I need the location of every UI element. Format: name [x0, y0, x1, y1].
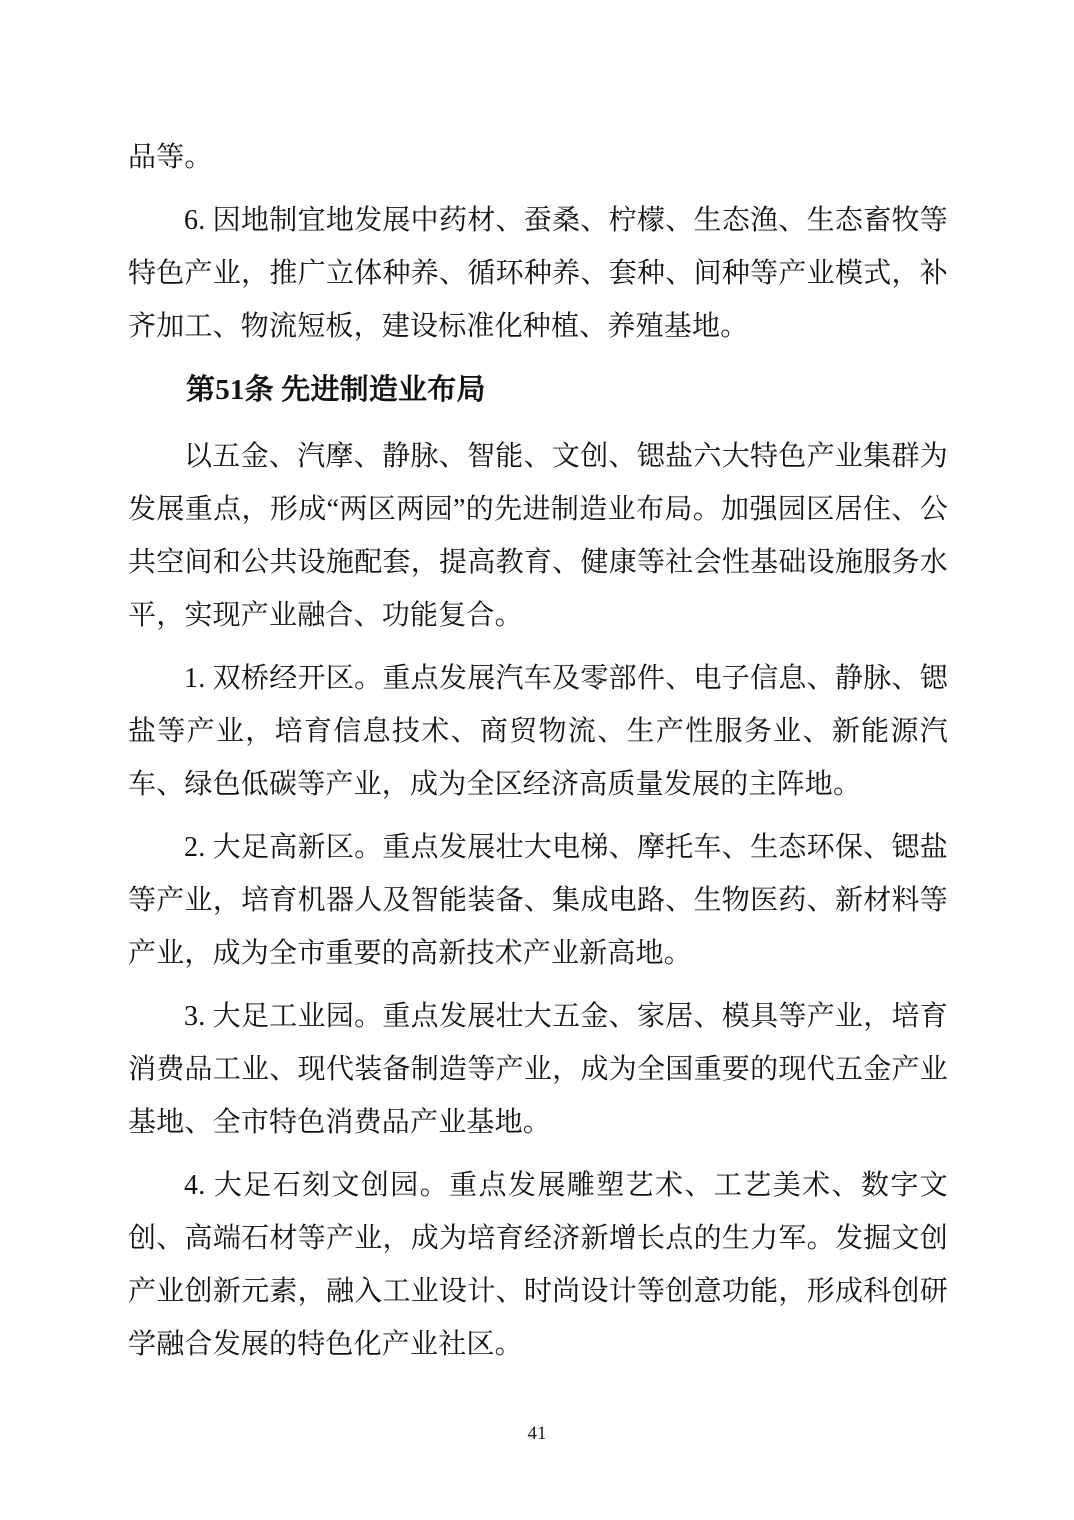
page-number: 41: [528, 1423, 547, 1444]
paragraph-item-4: 4. 大足石刻文创园。重点发展雕塑艺术、工艺美术、数字文创、高端石材等产业，成为…: [128, 1159, 948, 1371]
paragraph-item-2: 2. 大足高新区。重点发展壮大电梯、摩托车、生态环保、锶盐等产业，培育机器人及智…: [128, 821, 948, 980]
paragraph-item-6: 6. 因地制宜地发展中药材、蚕桑、柠檬、生态渔、生态畜牧等特色产业，推广立体种养…: [128, 194, 948, 353]
document-body: 品等。 6. 因地制宜地发展中药材、蚕桑、柠檬、生态渔、生态畜牧等特色产业，推广…: [128, 131, 948, 1381]
section-heading-article-51: 第51条 先进制造业布局: [128, 364, 948, 417]
document-page: 品等。 6. 因地制宜地发展中药材、蚕桑、柠檬、生态渔、生态畜牧等特色产业，推广…: [0, 0, 1074, 1520]
paragraph-item-1: 1. 双桥经开区。重点发展汽车及零部件、电子信息、静脉、锶盐等产业，培育信息技术…: [128, 652, 948, 811]
page-footer: 41: [0, 1421, 1074, 1447]
paragraph-item-3: 3. 大足工业园。重点发展壮大五金、家居、模具等产业，培育消费品工业、现代装备制…: [128, 990, 948, 1149]
paragraph-intro: 以五金、汽摩、静脉、智能、文创、锶盐六大特色产业集群为发展重点，形成“两区两园”…: [128, 430, 948, 642]
paragraph-continuation: 品等。: [128, 131, 948, 184]
